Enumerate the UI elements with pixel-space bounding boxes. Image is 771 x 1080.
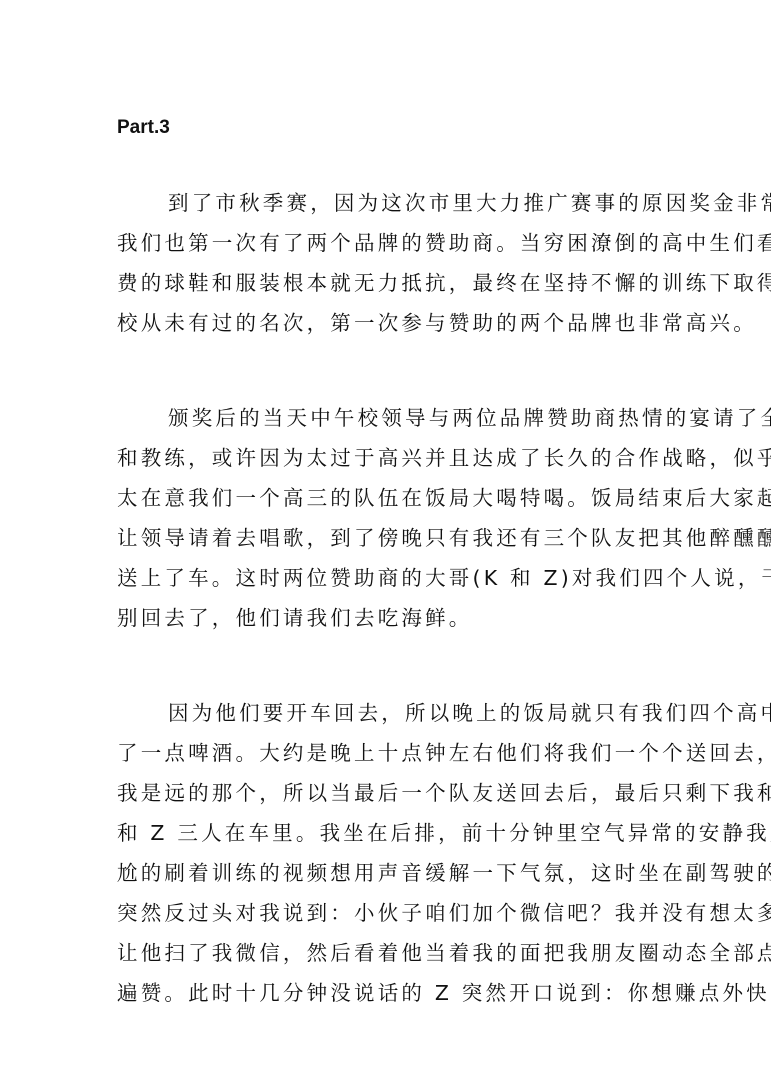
paragraph-line: 突然反过头对我说到：小伙子咱们加个微信吧？我并没有想太多于是 xyxy=(117,893,657,933)
paragraph-line: 颁奖后的当天中午校领导与两位品牌赞助商热情的宴请了全队 xyxy=(117,398,657,438)
paragraph-line: 到了市秋季赛，因为这次市里大力推广赛事的原因奖金非常丰富， xyxy=(117,183,657,223)
paragraph-line: 遍赞。此时十几分钟没说话的 Z 突然开口说到：你想赚点外快吗？ xyxy=(117,973,657,1013)
paragraph-line: 别回去了，他们请我们去吃海鲜。 xyxy=(117,598,657,638)
paragraph-line: 让领导请着去唱歌，到了傍晚只有我还有三个队友把其他醉醺醺的人 xyxy=(117,518,657,558)
document-page: Part.3 到了市秋季赛，因为这次市里大力推广赛事的原因奖金非常丰富， 我们也… xyxy=(117,110,657,1013)
paragraph-line: 我们也第一次有了两个品牌的赞助商。当穷困潦倒的高中生们看到免 xyxy=(117,223,657,263)
paragraph-1: 到了市秋季赛，因为这次市里大力推广赛事的原因奖金非常丰富， 我们也第一次有了两个… xyxy=(117,183,657,343)
paragraph-line: 校从未有过的名次，第一次参与赞助的两个品牌也非常高兴。 xyxy=(117,303,657,343)
paragraph-line: 因为他们要开车回去，所以晚上的饭局就只有我们四个高中生喝 xyxy=(117,693,657,733)
paragraph-2: 颁奖后的当天中午校领导与两位品牌赞助商热情的宴请了全队 和教练，或许因为太过于高… xyxy=(117,398,657,638)
paragraph-line: 太在意我们一个高三的队伍在饭局大喝特喝。饭局结束后大家起哄着 xyxy=(117,478,657,518)
paragraph-line: 和教练，或许因为太过于高兴并且达成了长久的合作战略，似乎也不 xyxy=(117,438,657,478)
paragraph-line: 送上了车。这时两位赞助商的大哥(K 和 Z)对我们四个人说，干脆也 xyxy=(117,558,657,598)
paragraph-line: 我是远的那个，所以当最后一个队友送回去后，最后只剩下我和 K xyxy=(117,773,657,813)
paragraph-line: 费的球鞋和服装根本就无力抵抗，最终在坚持不懈的训练下取得了学 xyxy=(117,263,657,303)
paragraph-line: 了一点啤酒。大约是晚上十点钟左右他们将我们一个个送回去，由于 xyxy=(117,733,657,773)
paragraph-line: 尬的刷着训练的视频想用声音缓解一下气氛，这时坐在副驾驶的 K xyxy=(117,853,657,893)
paragraph-line: 让他扫了我微信，然后看着他当着我的面把我朋友圈动态全部点了一 xyxy=(117,933,657,973)
paragraph-3: 因为他们要开车回去，所以晚上的饭局就只有我们四个高中生喝 了一点啤酒。大约是晚上… xyxy=(117,693,657,1013)
section-title: Part.3 xyxy=(117,110,657,146)
paragraph-line: 和 Z 三人在车里。我坐在后排，前十分钟里空气异常的安静我只能尴 xyxy=(117,813,657,853)
